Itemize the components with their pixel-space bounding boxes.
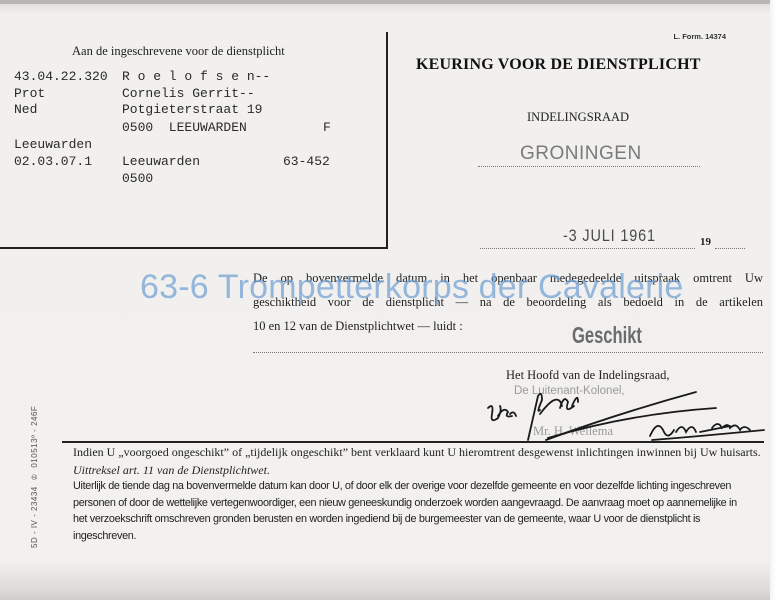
date-stamp: -3 JULI 1961 [563, 226, 656, 246]
postal-city: 0500 LEEUWARDEN [122, 120, 247, 135]
registration-code: 02.03.07.1 [14, 154, 92, 169]
scan-edge-right [770, 0, 776, 600]
notice-section: Indien U „voorgoed ongeschikt” of „tijde… [73, 444, 761, 544]
city-dotted-line [478, 166, 700, 167]
council-city-stamp: GRONINGEN [520, 143, 642, 165]
verdict-stamp: Geschikt [572, 322, 642, 349]
printer-code: 5D - IV - 23434 ♔ 010513º - 246F [30, 406, 39, 548]
year-dotted-line [715, 248, 745, 249]
registration-number: 43.04.22.320 [14, 69, 108, 84]
given-names: Cornelis Gerrit-- [122, 86, 255, 101]
printer-code-right: 010513º - 246F [30, 406, 39, 468]
municipality: Leeuwarden [122, 154, 200, 169]
notice-intro: Indien U „voorgoed ongeschikt” of „tijde… [73, 444, 761, 460]
ruling-line-3: 10 en 12 van de Dienstplichtwet — luidt … [253, 314, 763, 338]
scan-edge [0, 0, 776, 4]
article-text: Uiterlijk de tiende dag na bovenvermelde… [73, 478, 740, 544]
document-title: KEURING VOOR DE DIENSTPLICHT [416, 56, 701, 74]
article-heading: Uittreksel art. 11 van de Dienstplichtwe… [73, 462, 761, 478]
religion: Prot [14, 86, 45, 101]
birth-place: Leeuwarden [14, 137, 92, 152]
signatory-title: Het Hoofd van de Indelingsraad, [506, 368, 670, 383]
document-page: Aan de ingeschrevene voor de dienstplich… [0, 0, 776, 600]
street-address: Potgieterstraat 19 [122, 102, 262, 117]
nationality: Ned [14, 102, 37, 117]
handwritten-signature [480, 388, 770, 448]
code-letter: F [323, 120, 331, 135]
watermark: 63-6 Trompetterkorps der Cavalerie [140, 268, 683, 307]
surname: R o e l o f s e n-- [122, 69, 270, 84]
verdict-dotted-line [253, 352, 763, 353]
reference-number: 63-452 [283, 154, 330, 169]
printer-code-left: 5D - IV - 23434 [30, 486, 39, 548]
date-dotted-line [480, 248, 695, 249]
section-divider [62, 441, 764, 443]
crown-seal-icon: ♔ [30, 470, 39, 483]
municipality-code: 0500 [122, 171, 153, 186]
form-number: L. Form. 14374 [673, 32, 726, 41]
year-prefix: 19 [700, 236, 711, 248]
address-header: Aan de ingeschrevene voor de dienstplich… [72, 44, 285, 59]
council-label: INDELINGSRAAD [527, 110, 629, 125]
